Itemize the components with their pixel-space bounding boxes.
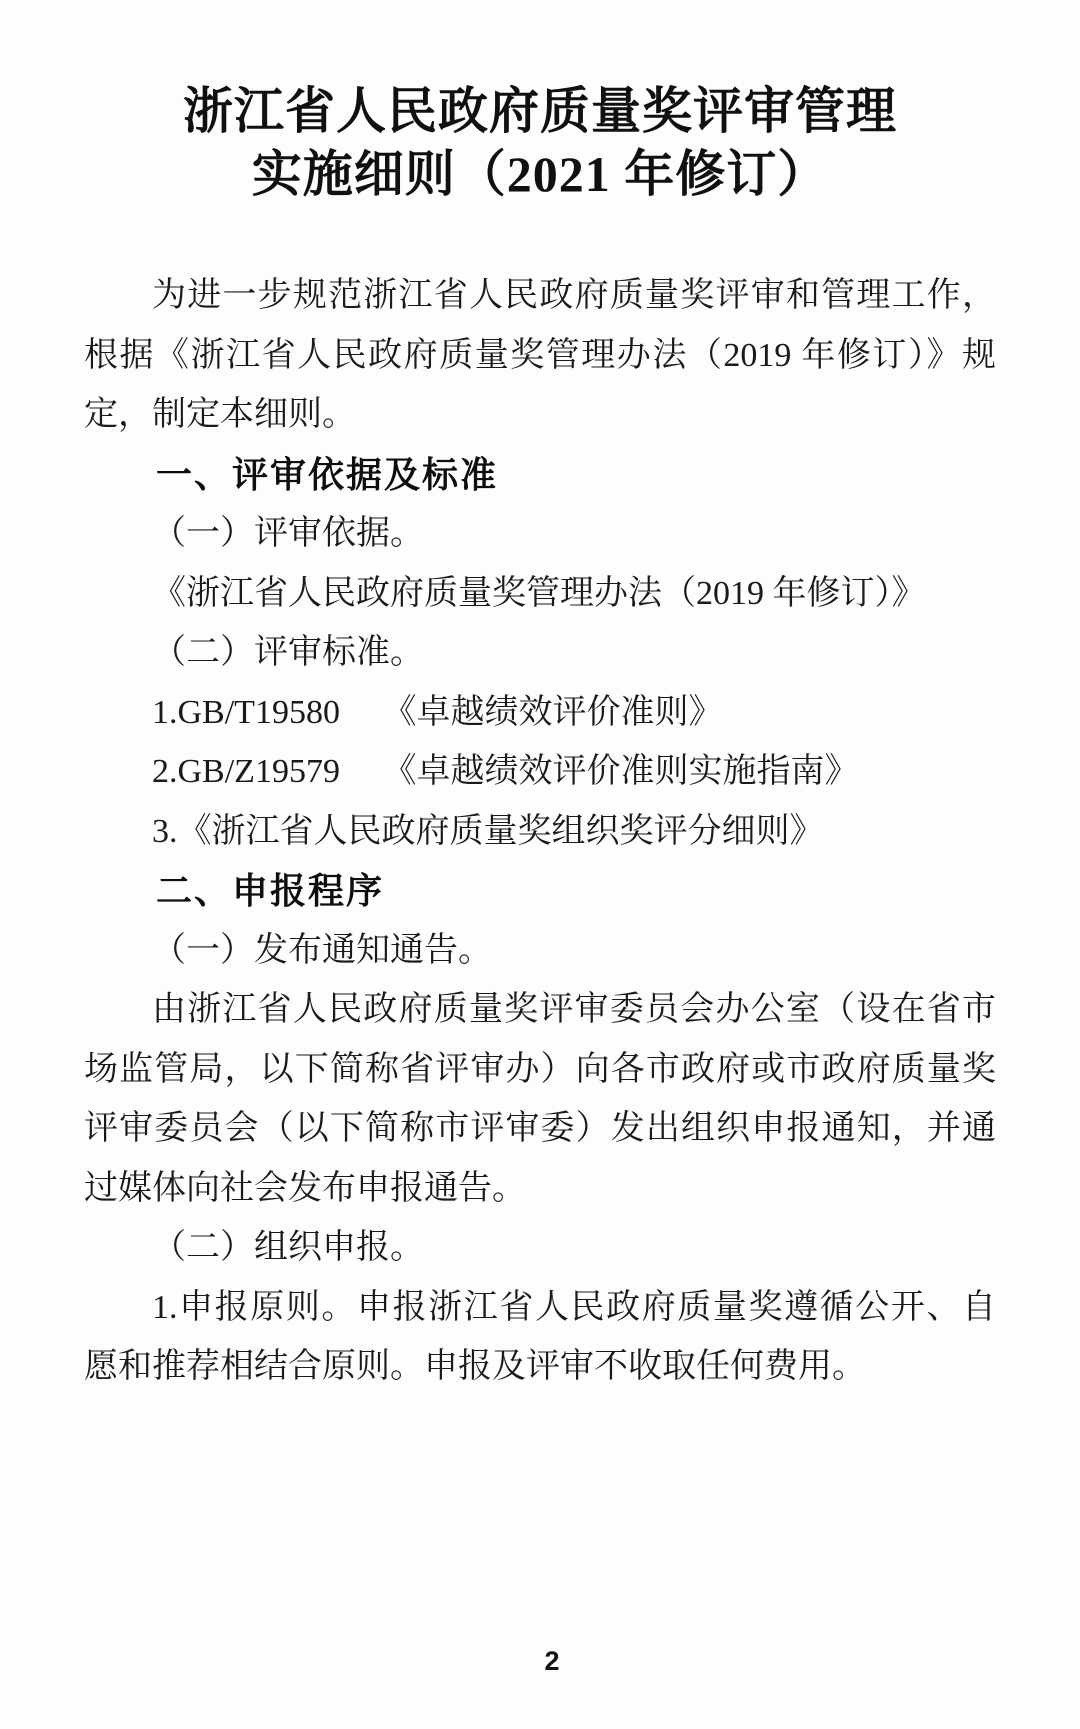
text-line: 愿和推荐相结合原则。申报及评审不收取任何费用。 bbox=[84, 1337, 996, 1397]
text-line: 1.GB/T19580 《卓越绩效评价准则》 bbox=[84, 683, 996, 743]
document-title: 浙江省人民政府质量奖评审管理 实施细则（2021 年修订） bbox=[0, 0, 1080, 206]
text-line: 场监管局，以下简称省评审办）向各市政府或市政府质量奖 bbox=[84, 1040, 996, 1100]
text-line: 3.《浙江省人民政府质量奖组织奖评分细则》 bbox=[84, 802, 996, 862]
text-line: 2.GB/Z19579 《卓越绩效评价准则实施指南》 bbox=[84, 742, 996, 802]
text-line: （一）评审依据。 bbox=[84, 504, 996, 564]
document-body: 为进一步规范浙江省人民政府质量奖评审和管理工作，根据《浙江省人民政府质量奖管理办… bbox=[84, 266, 996, 1397]
section-heading: 一、评审依据及标准 bbox=[84, 445, 996, 505]
title-line-2: 实施细则（2021 年修订） bbox=[0, 143, 1080, 206]
text-line: （二）评审标准。 bbox=[84, 623, 996, 683]
text-line: （一）发布通知通告。 bbox=[84, 921, 996, 981]
text-line: 定，制定本细则。 bbox=[84, 385, 996, 445]
text-line: 由浙江省人民政府质量奖评审委员会办公室（设在省市 bbox=[84, 980, 996, 1040]
section-heading: 二、申报程序 bbox=[84, 861, 996, 921]
text-line: 《浙江省人民政府质量奖管理办法（2019 年修订）》 bbox=[84, 564, 996, 624]
text-line: 1.申报原则。申报浙江省人民政府质量奖遵循公开、自 bbox=[84, 1278, 996, 1338]
text-line: 根据《浙江省人民政府质量奖管理办法（2019 年修订）》规 bbox=[84, 326, 996, 386]
page-footer: 2 bbox=[0, 1646, 1080, 1677]
text-line: 为进一步规范浙江省人民政府质量奖评审和管理工作， bbox=[84, 266, 996, 326]
text-line: 评审委员会（以下简称市评审委）发出组织申报通知，并通 bbox=[84, 1099, 996, 1159]
text-line: （二）组织申报。 bbox=[84, 1218, 996, 1278]
page-number: 2 bbox=[520, 1646, 559, 1676]
text-line: 过媒体向社会发布申报通告。 bbox=[84, 1159, 996, 1219]
document-page: 浙江省人民政府质量奖评审管理 实施细则（2021 年修订） 为进一步规范浙江省人… bbox=[0, 0, 1080, 1729]
title-line-1: 浙江省人民政府质量奖评审管理 bbox=[0, 80, 1080, 143]
